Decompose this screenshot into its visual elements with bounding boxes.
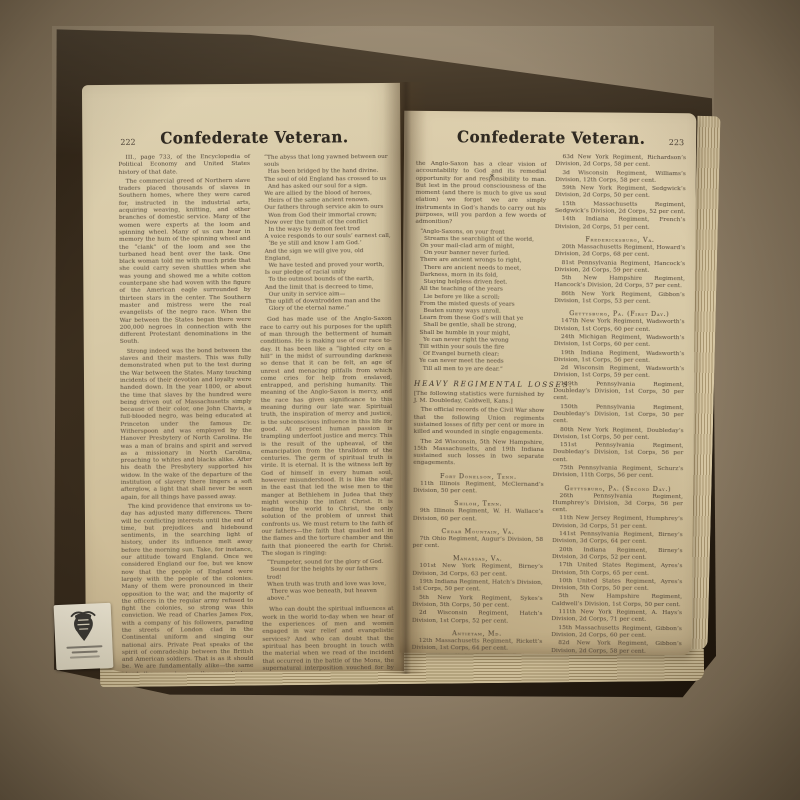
- regiment-entry: 150th Pennsylvania Regiment, Doubleday’s…: [553, 404, 684, 427]
- battle-sections-col4: 63d New York Regiment, Richardson’s Divi…: [551, 154, 686, 655]
- battle-entries: 7th Ohio Regiment, Augur’s Division, 58 …: [413, 536, 544, 552]
- battle-heading: Fort Donelson, Tenn.: [413, 472, 544, 481]
- battle-section: Cedar Mountain, Va. 7th Ohio Regiment, A…: [413, 527, 544, 552]
- paragraph: The official records of the Civil War sh…: [414, 407, 545, 437]
- regiment-entry: 14th Indiana Regiment, French’s Division…: [555, 216, 686, 232]
- photo-background: 222 Confederate Veteran. III., page 733,…: [0, 0, 800, 800]
- masthead-left: Confederate Veteran.: [160, 127, 348, 147]
- battle-sections-col3: Fort Donelson, Tenn. 11th Illinois Regim…: [411, 472, 543, 656]
- right-page: Confederate Veteran. 223 * the Anglo-Sax…: [400, 111, 697, 656]
- regiment-entry: 3d Wisconsin Regiment, Williams’s Divisi…: [555, 170, 686, 186]
- page-number-223: 223: [669, 138, 684, 147]
- paragraph: The commercial greed of Northern slave t…: [119, 178, 252, 347]
- bookplate-text-line: [69, 655, 99, 658]
- regiment-entry: 20th Massachusetts Regiment, Howard’s Di…: [555, 244, 686, 260]
- left-column-1: III., page 733, of the Encyclopedia of P…: [118, 154, 254, 673]
- regiment-entry: 149th Pennsylvania Regiment, Doubleday’s…: [553, 381, 684, 404]
- poem-england-unity: “The abyss that long yawned between our …: [264, 154, 392, 313]
- paragraph: III., page 733, of the Encyclopedia of P…: [118, 154, 250, 177]
- battle-entries: 20th Massachusetts Regiment, Howard’s Di…: [554, 244, 685, 307]
- regiment-entry: 2d Wisconsin Regiment, Wadsworth’s Divis…: [554, 365, 685, 381]
- left-page: 222 Confederate Veteran. III., page 733,…: [82, 83, 404, 673]
- left-page-columns: III., page 733, of the Encyclopedia of P…: [118, 153, 394, 673]
- regiment-entry: 80th New York Regiment, Doubleday’s Divi…: [553, 427, 684, 443]
- regiment-entry: 7th Ohio Regiment, Augur’s Division, 58 …: [413, 536, 544, 552]
- regiment-entry: 15th Massachusetts Regiment, Gibbon’s Di…: [551, 625, 682, 641]
- regiment-entry: 2d Wisconsin Regiment, Hatch’s Division,…: [412, 610, 543, 626]
- regiment-entry: 11th New Jersey Regiment, Humphrey’s Div…: [552, 516, 683, 532]
- battle-entries: 11th Illinois Regiment, McClernand’s Div…: [413, 481, 544, 497]
- bookplate-text-line: [71, 650, 97, 653]
- paragraph: The kind providence that environs us to-…: [121, 503, 254, 673]
- regiment-entry: 15th Massachusetts Regiment, Sedgwick’s …: [555, 201, 686, 217]
- regiment-entry: 20th Indiana Regiment, Birney’s Division…: [552, 547, 683, 563]
- regiment-entry: 82d New York Regiment, Gibbon’s Division…: [551, 640, 682, 655]
- regiment-entry: 9th Illinois Regiment, W. H. Wallace’s D…: [413, 508, 544, 524]
- battle-entries: 147th New York Regiment, Wadsworth’s Div…: [553, 318, 685, 480]
- regiment-entry: 19th Indiana Regiment, Hatch’s Division,…: [412, 579, 543, 595]
- regiment-entry: 17th United States Regiment, Ayres’s Div…: [552, 562, 683, 578]
- regiment-entry: 5th New York Regiment, Sykes’s Division,…: [412, 594, 543, 610]
- library-bookplate: [54, 603, 114, 670]
- regiment-entry: 10th United States Regiment, Ayres’s Div…: [552, 578, 683, 594]
- battle-heading: Manassas, Va.: [412, 554, 543, 563]
- battle-heading: Gettysburg, Pa. (Second Day.): [553, 484, 684, 493]
- battle-entries: 26th Pennsylvania Regiment, Humphrey’s D…: [551, 493, 683, 656]
- regiment-entry: 147th New York Regiment, Wadsworth’s Div…: [554, 318, 685, 334]
- battle-section: Shiloh, Tenn. 9th Illinois Regiment, W. …: [413, 499, 544, 524]
- battle-entries: 12th Massachusetts Regiment, Rickett’s D…: [411, 638, 542, 656]
- regiment-entry: 141st Pennsylvania Regiment, Birney’s Di…: [552, 531, 683, 547]
- right-page-columns: * the Anglo-Saxon has a clear vision of …: [411, 153, 686, 655]
- paragraph: Who can doubt the spiritual influences a…: [262, 606, 394, 673]
- paragraph: God has made use of the Anglo-Saxon race…: [260, 316, 393, 558]
- left-col1-paragraphs: III., page 733, of the Encyclopedia of P…: [118, 154, 254, 673]
- battle-section: Fort Donelson, Tenn. 11th Illinois Regim…: [413, 472, 544, 497]
- poem-trumpeter: “Trumpeter, sound for the glory of God. …: [267, 559, 394, 603]
- article-title-heavy-regimental-losses: HEAVY REGIMENTAL LOSSES.: [414, 379, 545, 389]
- bookplate-crest-icon: [67, 608, 98, 643]
- right-column-1: the Anglo-Saxon has a clear vision of ac…: [411, 153, 546, 655]
- footnote-asterisk: *: [490, 173, 495, 183]
- regiment-entry: 19th Indiana Regiment, Wadsworth’s Divis…: [554, 350, 685, 366]
- battle-heading: Antietam, Md.: [412, 629, 543, 638]
- regiment-entry: 24th Michigan Regiment, Wadsworth’s Divi…: [554, 334, 685, 350]
- regiment-entry: 5th New Hampshire Regiment, Hancock’s Di…: [554, 275, 685, 291]
- battle-section: 63d New York Regiment, Richardson’s Divi…: [555, 154, 686, 232]
- battle-entries: 63d New York Regiment, Richardson’s Divi…: [555, 154, 686, 232]
- battle-heading: Cedar Mountain, Va.: [413, 527, 544, 536]
- battle-section: Fredericksburg, Va. 20th Massachusetts R…: [554, 235, 685, 307]
- regiment-entry: 86th New York Regiment, Gibbon’s Divisio…: [554, 291, 685, 307]
- poem-anglo-saxons: “Anglo-Saxons, on your front Streams the…: [419, 229, 546, 374]
- regiment-entry: 81st Pennsylvania Regiment, Hancock’s Di…: [554, 260, 685, 276]
- right-page-header: Confederate Veteran. 223: [416, 127, 686, 148]
- regiment-entry: 75th Pennsylvania Regiment, Schurz’s Div…: [553, 465, 684, 481]
- bookplate-text-line: [66, 645, 102, 649]
- battle-heading: Fredericksburg, Va.: [555, 235, 686, 244]
- regiment-entry: 101st New York Regiment, Birney’s Divisi…: [412, 563, 543, 579]
- paragraph: the Anglo-Saxon has a clear vision of ac…: [415, 161, 546, 228]
- right-column-2: 63d New York Regiment, Richardson’s Divi…: [551, 154, 686, 655]
- regiment-entry: 111th New York Regiment, A. Hays’s Divis…: [551, 609, 682, 625]
- battle-section: Antietam, Md. 12th Massachusetts Regimen…: [411, 629, 542, 656]
- battle-section: Manassas, Va. 101st New York Regiment, B…: [412, 554, 543, 626]
- regiment-entry: 11th Illinois Regiment, McClernand’s Div…: [413, 481, 544, 497]
- regiment-entry: 12th Massachusetts Regiment, Rickett’s D…: [412, 638, 543, 654]
- battle-section: Gettysburg, Pa. (First Day.) 147th New Y…: [553, 309, 685, 480]
- left-column-2: “The abyss that long yawned between our …: [259, 153, 395, 673]
- editor-note: [The following statistics were furnished…: [414, 391, 545, 407]
- battle-entries: 9th Illinois Regiment, W. H. Wallace’s D…: [413, 508, 544, 524]
- masthead-right: Confederate Veteran.: [457, 127, 645, 148]
- battle-section: Gettysburg, Pa. (Second Day.) 26th Penns…: [551, 484, 683, 656]
- paragraph: Strong indeed was the bond between the s…: [120, 348, 253, 502]
- battle-heading: Shiloh, Tenn.: [413, 499, 544, 508]
- regiment-entry: 151st Pennsylvania Regiment, Doubleday’s…: [553, 442, 684, 465]
- regiment-entry: 63d New York Regiment, Richardson’s Divi…: [555, 154, 686, 170]
- regiment-entry: 26th Pennsylvania Regiment, Humphrey’s D…: [552, 493, 683, 516]
- battle-heading: Gettysburg, Pa. (First Day.): [554, 309, 685, 318]
- regiment-entry: 59th New York Regiment, Sedgwick’s Divis…: [555, 185, 686, 201]
- battle-entries: 101st New York Regiment, Birney’s Divisi…: [412, 563, 543, 626]
- regiment-entry: 5th New Hampshire Regiment, Caldwell’s D…: [552, 593, 683, 609]
- page-number-222: 222: [120, 138, 135, 147]
- paragraph: The 2d Wisconsin, 5th New Hampshire, 15t…: [413, 438, 544, 468]
- left-page-header: 222 Confederate Veteran.: [118, 127, 390, 148]
